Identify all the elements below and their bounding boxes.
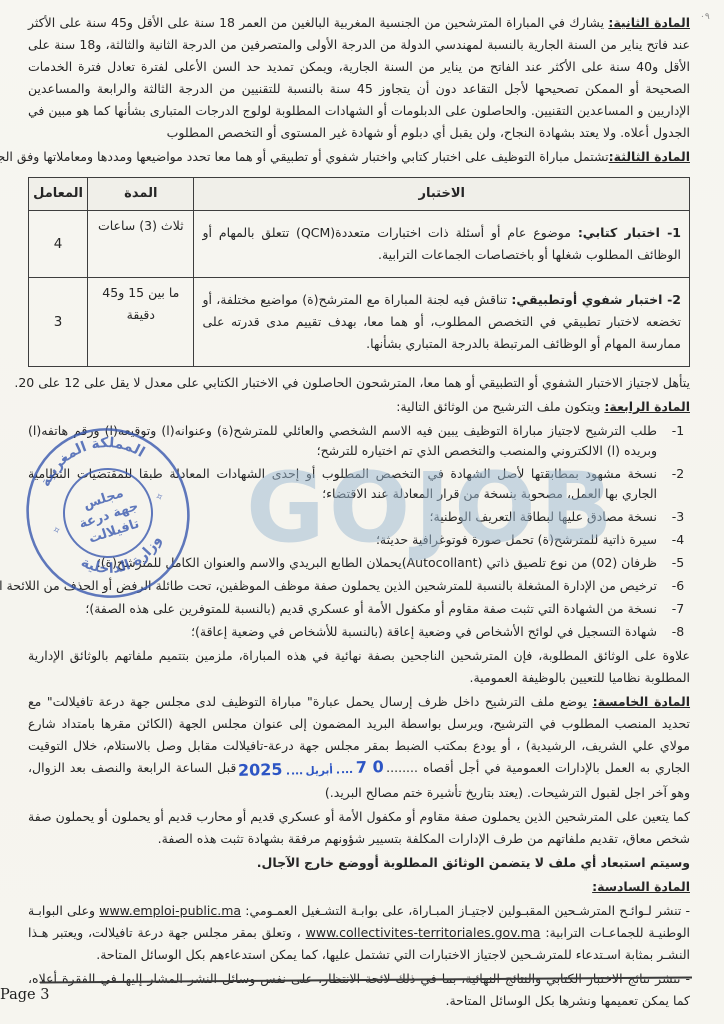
item-text: شهادة التسجيل في لوائح الأشخاص في وضعية …: [28, 622, 657, 642]
date-stamp: 0 7أبريل2025: [238, 756, 384, 784]
table-row-oral-exam: 2- اختبار شفوي أوتطبيقي: تناقش فيه لجنة …: [29, 278, 690, 367]
list-item: 1- طلب الترشيح لاجتياز مباراة التوظيف يب…: [28, 421, 690, 461]
written-exam-description: 1- اختبار كتابي: موضوع عام أو أسئلة ذات …: [194, 211, 690, 278]
article-4-note: علاوة على الوثائق المطلوبة، فإن المترشحي…: [28, 645, 690, 689]
list-item: 3- نسخة مصادق عليها لبطاقة التعريف الوطن…: [28, 507, 690, 527]
article-3-title: المادة الثالثة:: [609, 149, 690, 164]
oral-exam-description: 2- اختبار شفوي أوتطبيقي: تناقش فيه لجنة …: [194, 278, 690, 367]
article-4-title: المادة الرابعة:: [604, 399, 690, 414]
duration-column-header: المدة: [88, 178, 194, 211]
stamp-dots: [337, 766, 352, 773]
item-number: 5-: [666, 553, 690, 573]
article-6-heading: المادة السادسة:: [28, 876, 690, 898]
stamp-dots: [287, 767, 302, 774]
table-note: يتأهل لاجتياز الاختبار الشفوي أو التطبيق…: [28, 372, 690, 394]
item-number: 2-: [666, 464, 690, 484]
exam-column-header: الاختبار: [194, 178, 690, 211]
item-text: ترخيص من الإدارة المشغلة بالنسبة للمترشح…: [0, 576, 657, 596]
publication-bullet-1: - تنشر لـوائـح المترشـحين المقبـولين لاج…: [28, 900, 690, 966]
stamp-month: أبريل: [306, 764, 334, 777]
page-number: Page 3: [0, 984, 688, 1006]
item-number: 6-: [666, 576, 690, 596]
written-exam-coefficient: 4: [29, 211, 88, 278]
article-5-title: المادة الخامسة:: [593, 694, 690, 709]
list-item: 8- شهادة التسجيل في لوائح الأشخاص في وضع…: [28, 622, 690, 642]
item-text: نسخة من الشهادة التي تثبت صفة مقاوم أو م…: [28, 599, 657, 619]
oral-exam-coefficient: 3: [29, 278, 88, 367]
collectivites-territoriales-link: www.collectivites-territoriales.gov.ma: [306, 925, 541, 940]
article-4-intro: ويتكون ملف الترشيح من الوثائق التالية:: [396, 399, 604, 414]
list-item: 6- ترخيص من الإدارة المشغلة بالنسبة للمت…: [28, 576, 690, 596]
item-text: سيرة ذاتية للمترشح(ة) تحمل صورة فوتوغراف…: [28, 530, 657, 550]
article-2-title: المادة الثانية:: [608, 15, 690, 30]
article-3-body: تشتمل مباراة التوظيف على اختبار كتابي وا…: [0, 149, 609, 164]
article-6-title: المادة السادسة:: [592, 879, 690, 894]
article-5-paragraph-2: كما يتعين على المترشحين الذين يحملون صفة…: [28, 806, 690, 850]
item-number: 4-: [666, 530, 690, 550]
coefficient-column-header: المعامل: [29, 178, 88, 211]
list-item: 4- سيرة ذاتية للمترشح(ة) تحمل صورة فوتوغ…: [28, 530, 690, 550]
written-exam-label: 1- اختبار كتابي:: [578, 225, 681, 240]
required-documents-list: 1- طلب الترشيح لاجتياز مباراة التوظيف يب…: [28, 421, 690, 642]
bullet-1-text-1: - تنشر لـوائـح المترشـحين المقبـولين لاج…: [241, 903, 690, 918]
scan-artifact-mark: ٠٩: [700, 6, 710, 28]
table-row-written-exam: 1- اختبار كتابي: موضوع عام أو أسئلة ذات …: [29, 211, 690, 278]
written-exam-duration: ثلاث (3) ساعات: [88, 211, 194, 278]
item-text: طلب الترشيح لاجتياز مباراة التوظيف يبين …: [28, 421, 657, 461]
oral-exam-duration: ما بين 15 و45 دقيقة: [88, 278, 194, 367]
exclusion-warning: وسيتم استبعاد أي ملف لا يتضمن الوثائق ال…: [28, 852, 690, 874]
item-number: 3-: [666, 507, 690, 527]
article-5-paragraph: المادة الخامسة: يوضع ملف الترشيح داخل ظر…: [28, 691, 690, 804]
exam-table: الاختبار المدة المعامل 1- اختبار كتابي: …: [28, 177, 690, 367]
item-number: 1-: [666, 421, 690, 441]
exam-table-header-row: الاختبار المدة المعامل: [29, 178, 690, 211]
stamp-day: 0 7: [356, 757, 384, 777]
item-number: 8-: [666, 622, 690, 642]
item-text: نسخة مصادق عليها لبطاقة التعريف الوطنية؛: [28, 507, 657, 527]
stamp-year: 2025: [238, 760, 283, 780]
item-text: نسخة مشهود بمطابقتها لأصل الشهادة في الت…: [28, 464, 657, 504]
list-item: 2- نسخة مشهود بمطابقتها لأصل الشهادة في …: [28, 464, 690, 504]
list-item: 5- ظرفان (02) من نوع تلصيق ذاتي (Autocol…: [28, 553, 690, 573]
item-text: ظرفان (02) من نوع تلصيق ذاتي (Autocollan…: [28, 553, 657, 573]
list-item: 7- نسخة من الشهادة التي تثبت صفة مقاوم أ…: [28, 599, 690, 619]
item-number: 7-: [666, 599, 690, 619]
scanned-document-page: ٠٩ المادة الثانية: يشارك في المباراة الم…: [0, 0, 724, 1024]
emploi-public-link: www.emploi-public.ma: [99, 903, 241, 918]
article-2-paragraph: المادة الثانية: يشارك في المباراة المترش…: [28, 12, 690, 144]
oral-exam-label: 2- اختبار شفوي أوتطبيقي:: [511, 292, 681, 307]
article-2-body: يشارك في المباراة المترشحين من الجنسية ا…: [28, 15, 690, 140]
article-3-paragraph: المادة الثالثة:تشتمل مباراة التوظيف على …: [28, 146, 690, 168]
article-4-heading: المادة الرابعة: ويتكون ملف الترشيح من ال…: [28, 396, 690, 418]
